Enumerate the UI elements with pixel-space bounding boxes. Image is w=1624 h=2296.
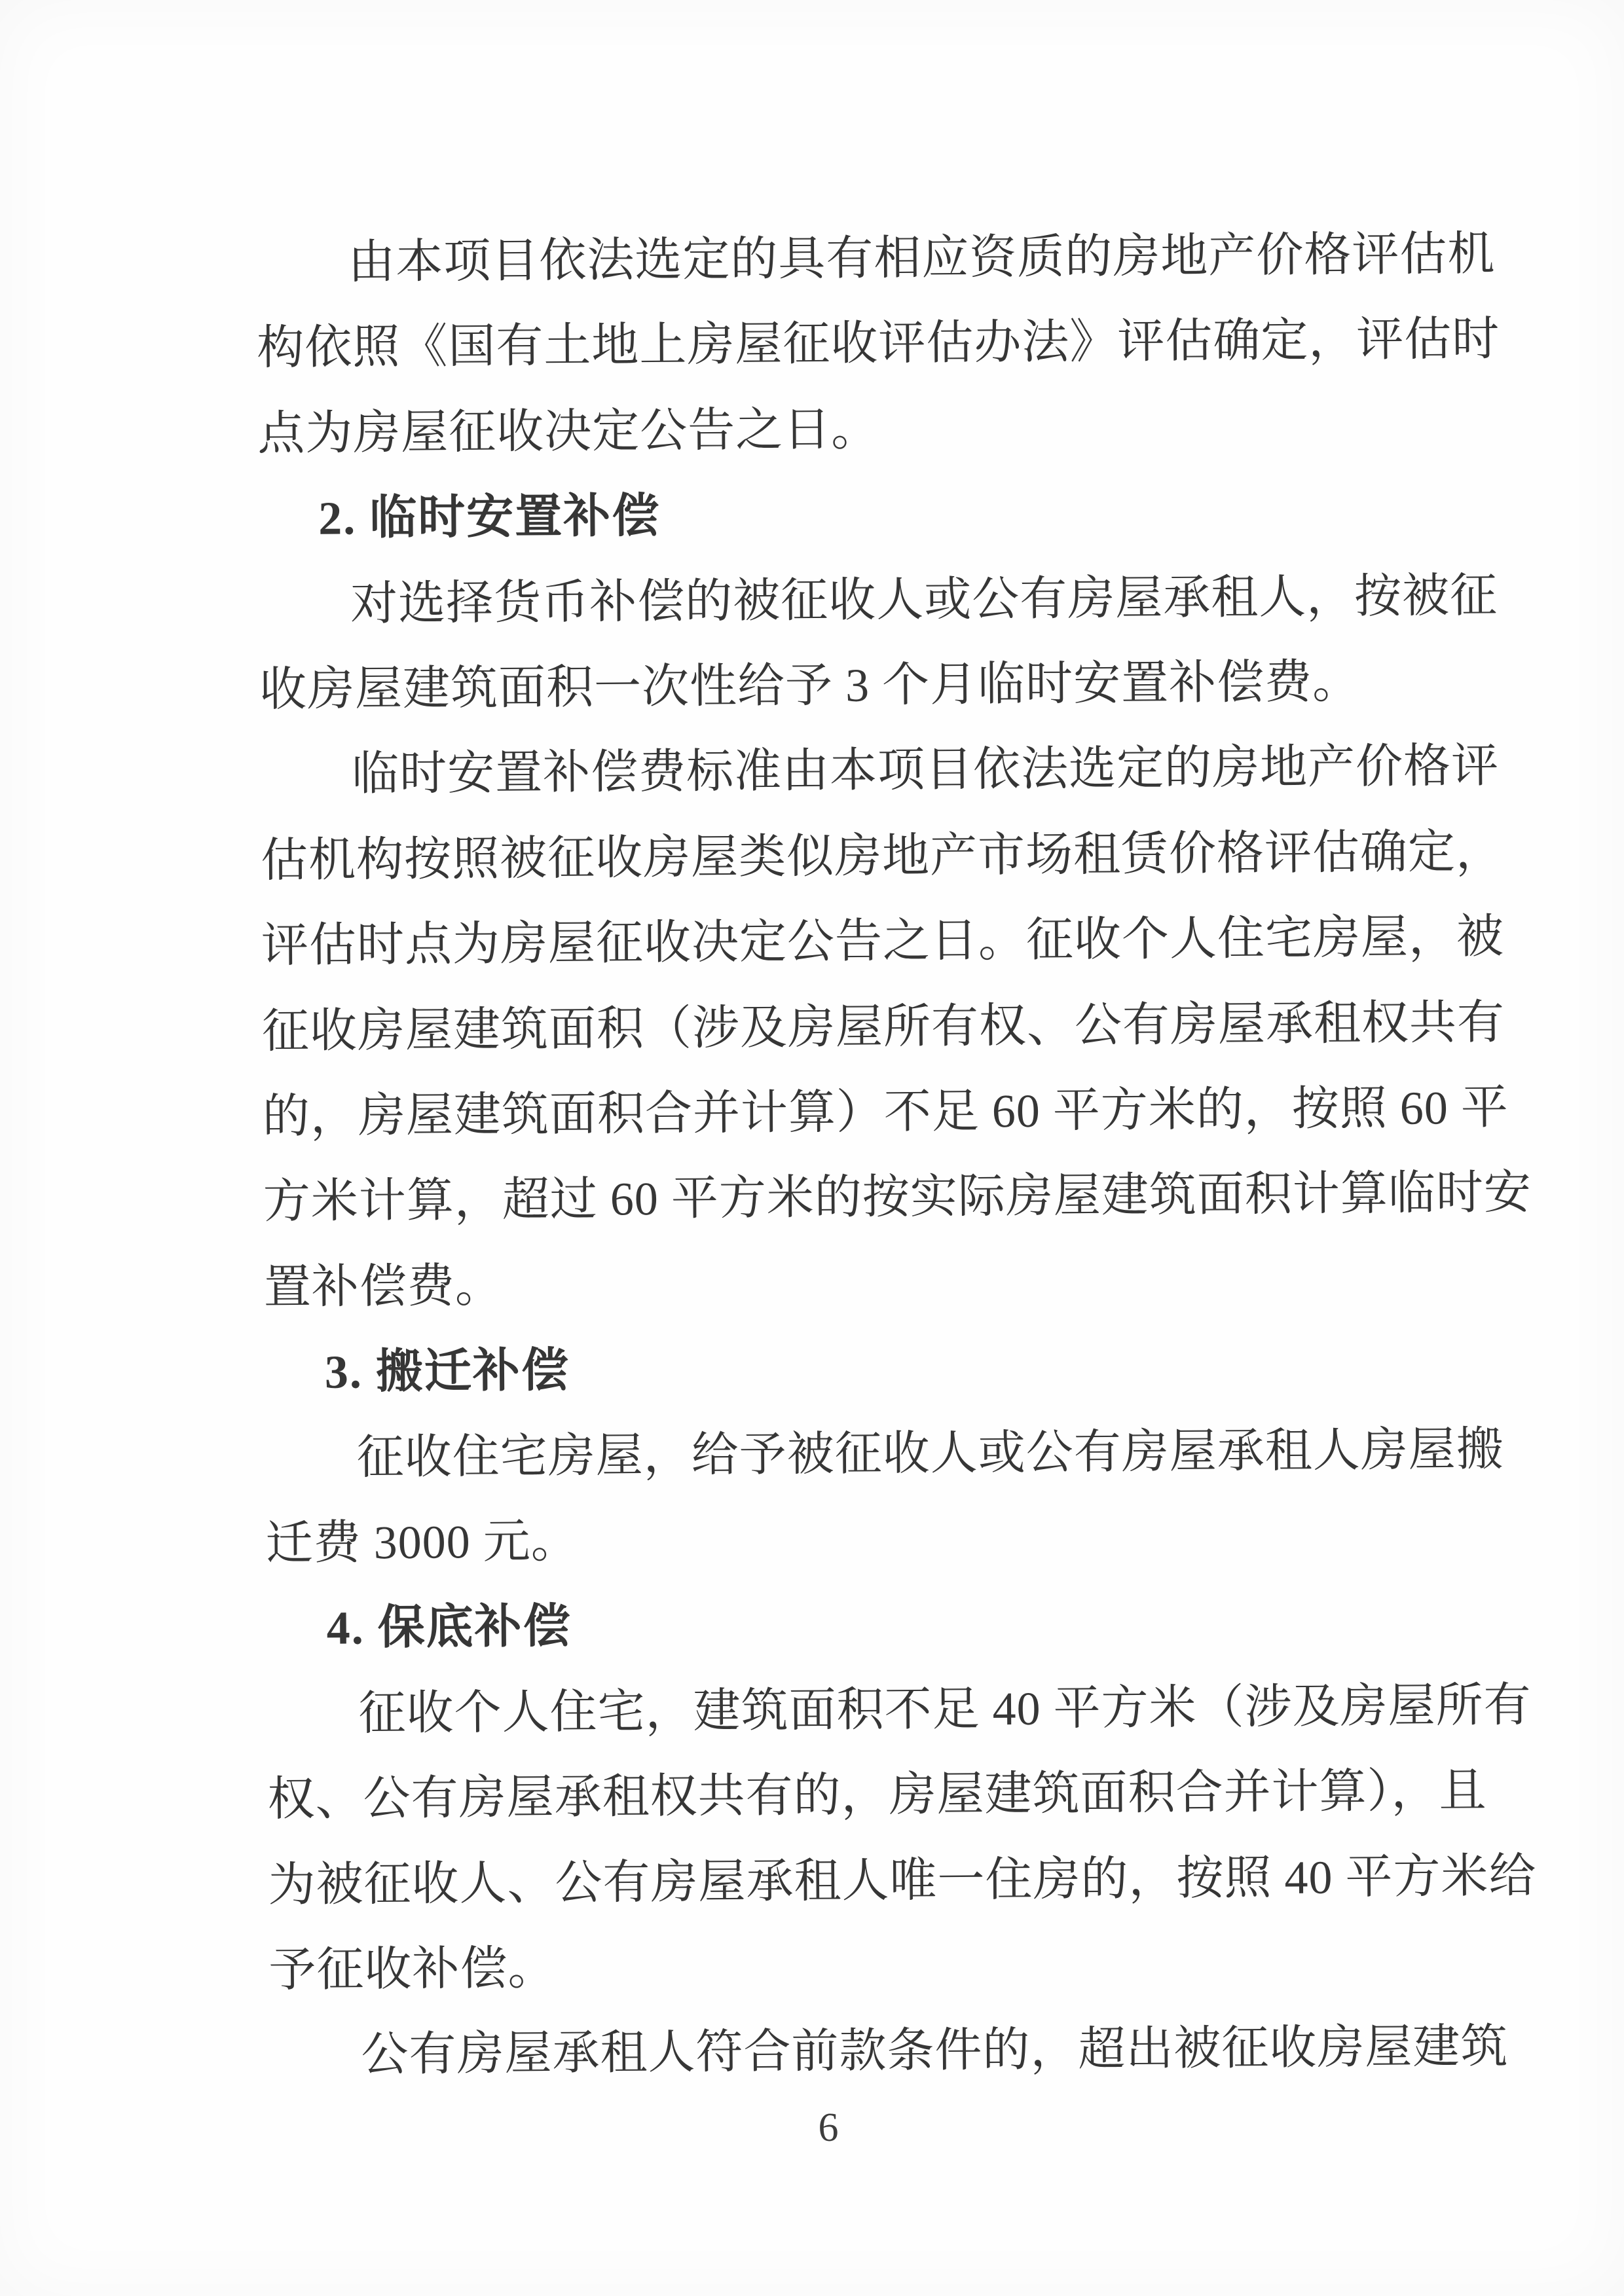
section-heading: 3. 搬迁补偿 (264, 1328, 570, 1415)
body-line: 为被征收人、公有房屋承租人唯一住房的，按照 40 平方米给 (268, 1833, 1537, 1927)
body-line: 予征收补偿。 (268, 1925, 556, 2013)
body-line: 征收房屋建筑面积（涉及房屋所有权、公有房屋承租权共有 (261, 980, 1505, 1074)
body-line: 评估时点为房屋征收决定公告之日。征收个人住宅房屋，被 (261, 894, 1505, 989)
body-line: 收房屋建筑面积一次性给予 3 个月临时安置补偿费。 (259, 639, 1361, 732)
body-line: 对选择货币补偿的被征收人或公有房屋承租人，按被征 (259, 553, 1498, 647)
section-heading: 4. 保底补偿 (266, 1584, 572, 1671)
body-line: 征收个人住宅，建筑面积不足 40 平方米（涉及房屋所有 (267, 1662, 1532, 1757)
body-line: 构依照《国有土地上房屋征收评估办法》评估确定，评估时 (257, 297, 1500, 391)
body-line: 的，房屋建筑面积合并计算）不足 60 平方米的，按照 60 平 (262, 1065, 1509, 1159)
body-line: 权、公有房屋承租权共有的，房屋建筑面积合并计算），且 (267, 1748, 1487, 1842)
body-line: 由本项目依法选定的具有相应资质的房地产价格评估机 (256, 211, 1496, 306)
body-line: 征收住宅房屋，给予被征收人或公有房屋承租人房屋搬 (265, 1407, 1504, 1501)
body-line: 临时安置补偿费标准由本项目依法选定的房地产价格评 (260, 723, 1500, 818)
body-line: 迁费 3000 元。 (265, 1499, 579, 1586)
section-heading: 2. 临时安置补偿 (258, 473, 661, 561)
body-line: 点为房屋征收决定公告之日。 (257, 387, 879, 477)
body-line: 方米计算，超过 60 平方米的按实际房屋建筑面积计算临时安 (263, 1150, 1532, 1244)
body-line: 公有房屋承租人符合前款条件的，超出被征收房屋建筑 (269, 2004, 1509, 2098)
document-text-block: 由本项目依法选定的具有相应资质的房地产价格评估机 构依照《国有土地上房屋征收评估… (254, 0, 1424, 2296)
body-line: 估机构按照被征收房屋类似房地产市场租赁价格评估确定， (261, 809, 1504, 903)
page-number: 6 (786, 2085, 871, 2170)
body-line: 置补偿费。 (263, 1243, 503, 1330)
document-page: 由本项目依法选定的具有相应资质的房地产价格评估机 构依照《国有土地上房屋征收评估… (0, 0, 1624, 2296)
